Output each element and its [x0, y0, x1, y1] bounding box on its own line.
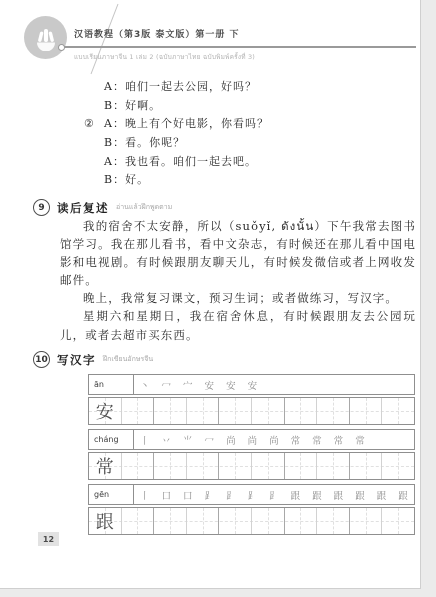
publisher-emblem-icon	[33, 25, 59, 51]
section-title: 读后复述	[57, 200, 109, 216]
dialogue-text: A：我也看。咱们一起去吧。	[104, 153, 257, 169]
decorative-diagonal-line	[0, 0, 140, 80]
practice-cell	[316, 398, 349, 424]
pinyin-label: ān	[89, 375, 134, 394]
char-block-gen: gēn 丨 口 口 ⻊ ⻊ ⻊ ⻊ 跟 跟 跟 跟 跟 跟 跟	[88, 484, 415, 535]
practice-cell	[251, 508, 284, 534]
dialogue-text: B：好啊。	[104, 97, 161, 113]
textbook-page: 汉语教程（第3版 泰文版）第一册 下 แบบเรียนภาษาจีน 1 เล่…	[0, 0, 421, 589]
book-title: 汉语教程（第3版 泰文版）第一册 下	[74, 27, 240, 40]
pinyin-label: gēn	[89, 485, 134, 504]
section-number-badge: 10	[33, 351, 50, 368]
stroke-order-sequence: 丨 口 口 ⻊ ⻊ ⻊ ⻊ 跟 跟 跟 跟 跟 跟	[134, 488, 414, 502]
dialogue-block: A：咱们一起去公园，好吗？ B：好啊。 ② A：晚上有个好电影，你看吗？ B：看…	[84, 77, 384, 189]
reading-passage: 我的宿舍不太安静，所以（suǒyǐ, ดังนั้น）下午我常去图书馆学习。我在…	[60, 217, 416, 344]
dialogue-text: B：好。	[104, 171, 149, 187]
practice-cell	[121, 508, 154, 534]
header-rule	[62, 46, 416, 48]
practice-cell	[153, 453, 186, 479]
dialogue-text: B：看。你呢？	[104, 134, 185, 150]
practice-cell	[121, 453, 154, 479]
stroke-order-sequence: 丨 丷 ⺌ 冖 尚 尚 尚 常 常 常 常	[134, 433, 414, 447]
practice-cell	[381, 453, 414, 479]
practice-cell	[186, 453, 219, 479]
practice-cell	[349, 398, 382, 424]
practice-cell	[284, 453, 317, 479]
practice-cell	[381, 508, 414, 534]
practice-cell	[186, 508, 219, 534]
trace-character: 跟	[89, 508, 121, 534]
practice-cell	[381, 398, 414, 424]
practice-cell	[316, 508, 349, 534]
trace-character: 安	[89, 398, 121, 424]
practice-cell: 跟	[89, 508, 121, 534]
section-title-thai: ฝึกเขียนอักษรจีน	[103, 354, 153, 365]
practice-cell	[186, 398, 219, 424]
practice-cell: 常	[89, 453, 121, 479]
dialogue-text: A：晚上有个好电影，你看吗？	[104, 115, 269, 131]
practice-row: 安	[88, 397, 415, 425]
section-9-header: 9 读后复述 อ่านแล้วฝึกพูดตาม	[33, 199, 172, 216]
stroke-order-sequence: 丶 冖 宀 安 安 安	[134, 378, 414, 392]
char-block-chang: cháng 丨 丷 ⺌ 冖 尚 尚 尚 常 常 常 常 常	[88, 429, 415, 480]
practice-cell: 安	[89, 398, 121, 424]
practice-cell	[218, 453, 251, 479]
section-title: 写汉字	[57, 352, 96, 368]
character-practice-grids: ān 丶 冖 宀 安 安 安 安 cháng 丨 丷 ⺌ 冖 尚 尚 尚 常 常…	[88, 374, 415, 539]
stroke-order-row: cháng 丨 丷 ⺌ 冖 尚 尚 尚 常 常 常 常	[88, 429, 415, 450]
practice-cell	[218, 398, 251, 424]
section-number-badge: 9	[33, 199, 50, 216]
publisher-logo	[24, 16, 67, 59]
dialogue-line: A：我也看。咱们一起去吧。	[84, 151, 384, 170]
pinyin-label: cháng	[89, 430, 134, 449]
passage-paragraph: 星期六和星期日，我在宿舍休息，有时候跟朋友去公园玩儿，或者去超市买东西。	[60, 307, 416, 343]
dialogue-line: B：好啊。	[84, 96, 384, 115]
practice-cell	[121, 398, 154, 424]
dialogue-line: A：咱们一起去公园，好吗？	[84, 77, 384, 96]
passage-paragraph: 晚上，我常复习课文，预习生词；或者做练习，写汉字。	[60, 289, 416, 307]
practice-cell	[218, 508, 251, 534]
practice-cell	[153, 508, 186, 534]
section-title-thai: อ่านแล้วฝึกพูดตาม	[116, 202, 172, 213]
practice-row: 常	[88, 452, 415, 480]
practice-cell	[153, 398, 186, 424]
page-number: 12	[38, 532, 59, 546]
dialogue-line: ② A：晚上有个好电影，你看吗？	[84, 114, 384, 133]
practice-cell	[284, 398, 317, 424]
book-subtitle-thai: แบบเรียนภาษาจีน 1 เล่ม 2 (ฉบับภาษาไทย ฉบ…	[74, 52, 255, 62]
practice-cell	[349, 508, 382, 534]
header-rule-dot	[58, 44, 65, 51]
practice-row: 跟	[88, 507, 415, 535]
dialogue-text: A：咱们一起去公园，好吗？	[104, 78, 257, 94]
dialogue-line: B：看。你呢？	[84, 133, 384, 152]
practice-cell	[284, 508, 317, 534]
dialogue-item-number: ②	[84, 117, 104, 130]
practice-cell	[349, 453, 382, 479]
passage-paragraph: 我的宿舍不太安静，所以（suǒyǐ, ดังนั้น）下午我常去图书馆学习。我在…	[60, 217, 416, 289]
stroke-order-row: ān 丶 冖 宀 安 安 安	[88, 374, 415, 395]
dialogue-line: B：好。	[84, 170, 384, 189]
trace-character: 常	[89, 453, 121, 479]
practice-cell	[251, 398, 284, 424]
practice-cell	[316, 453, 349, 479]
stroke-order-row: gēn 丨 口 口 ⻊ ⻊ ⻊ ⻊ 跟 跟 跟 跟 跟 跟	[88, 484, 415, 505]
section-10-header: 10 写汉字 ฝึกเขียนอักษรจีน	[33, 351, 153, 368]
char-block-an: ān 丶 冖 宀 安 安 安 安	[88, 374, 415, 425]
practice-cell	[251, 453, 284, 479]
